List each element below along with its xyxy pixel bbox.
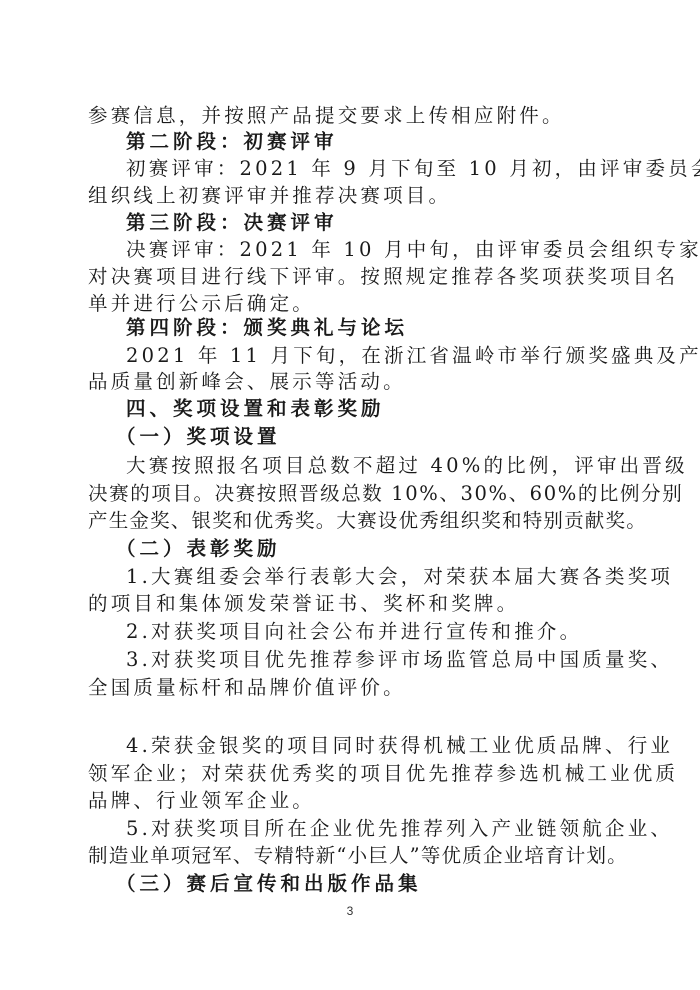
text-line: 5.对获奖项目所在企业优先推荐列入产业链领航企业、 xyxy=(126,816,616,842)
text-line: 产生金奖、银奖和优秀奖。大赛设优秀组织奖和特别贡献奖。 xyxy=(88,508,616,534)
text-line: 领军企业；对荣获优秀奖的项目优先推荐参选机械工业优质 xyxy=(88,761,616,787)
subsection-heading: （三）赛后宣传和出版作品集 xyxy=(116,871,616,897)
text-line: 品牌、行业领军企业。 xyxy=(88,788,616,814)
text-line: 2021 年 11 月下旬，在浙江省温岭市举行颁奖盛典及产 xyxy=(126,343,616,369)
subsection-heading: （二）表彰奖励 xyxy=(116,536,616,562)
text-line: 组织线上初赛评审并推荐决赛项目。 xyxy=(88,183,616,209)
text-line: 单并进行公示后确定。 xyxy=(88,291,616,317)
text-line: 初赛评审：2021 年 9 月下旬至 10 月初，由评审委员会 xyxy=(126,156,616,182)
text-line: 品质量创新峰会、展示等活动。 xyxy=(88,369,616,395)
text-line: 大赛按照报名项目总数不超过 40%的比例，评审出晋级 xyxy=(126,453,616,479)
section-heading: 第四阶段：颁奖典礼与论坛 xyxy=(126,315,616,341)
document-page: 参赛信息，并按照产品提交要求上传相应附件。 第二阶段：初赛评审 初赛评审：202… xyxy=(0,0,700,990)
text-line: 决赛评审：2021 年 10 月中旬，由评审委员会组织专家 xyxy=(126,237,616,263)
text-line: 决赛的项目。决赛按照晋级总数 10%、30%、60%的比例分别 xyxy=(88,481,616,507)
text-line: 制造业单项冠军、专精特新“小巨人”等优质企业培育计划。 xyxy=(88,843,616,869)
section-heading: 四、奖项设置和表彰奖励 xyxy=(126,396,616,422)
text-line: 4.荣获金银奖的项目同时获得机械工业优质品牌、行业 xyxy=(126,733,616,759)
text-line: 3.对获奖项目优先推荐参评市场监管总局中国质量奖、 xyxy=(126,647,616,673)
text-line: 2.对获奖项目向社会公布并进行宣传和推介。 xyxy=(126,619,616,645)
text-line: 的项目和集体颁发荣誉证书、奖杯和奖牌。 xyxy=(88,591,616,617)
subsection-heading: （一）奖项设置 xyxy=(116,424,616,450)
text-line: 1.大赛组委会举行表彰大会，对荣获本届大赛各类奖项 xyxy=(126,564,616,590)
text-line: 参赛信息，并按照产品提交要求上传相应附件。 xyxy=(88,103,616,129)
section-heading: 第二阶段：初赛评审 xyxy=(126,129,616,155)
section-heading: 第三阶段：决赛评审 xyxy=(126,210,616,236)
page-number: 3 xyxy=(0,904,700,918)
text-line: 对决赛项目进行线下评审。按照规定推荐各奖项获奖项目名 xyxy=(88,264,616,290)
text-line: 全国质量标杆和品牌价值评价。 xyxy=(88,675,616,701)
